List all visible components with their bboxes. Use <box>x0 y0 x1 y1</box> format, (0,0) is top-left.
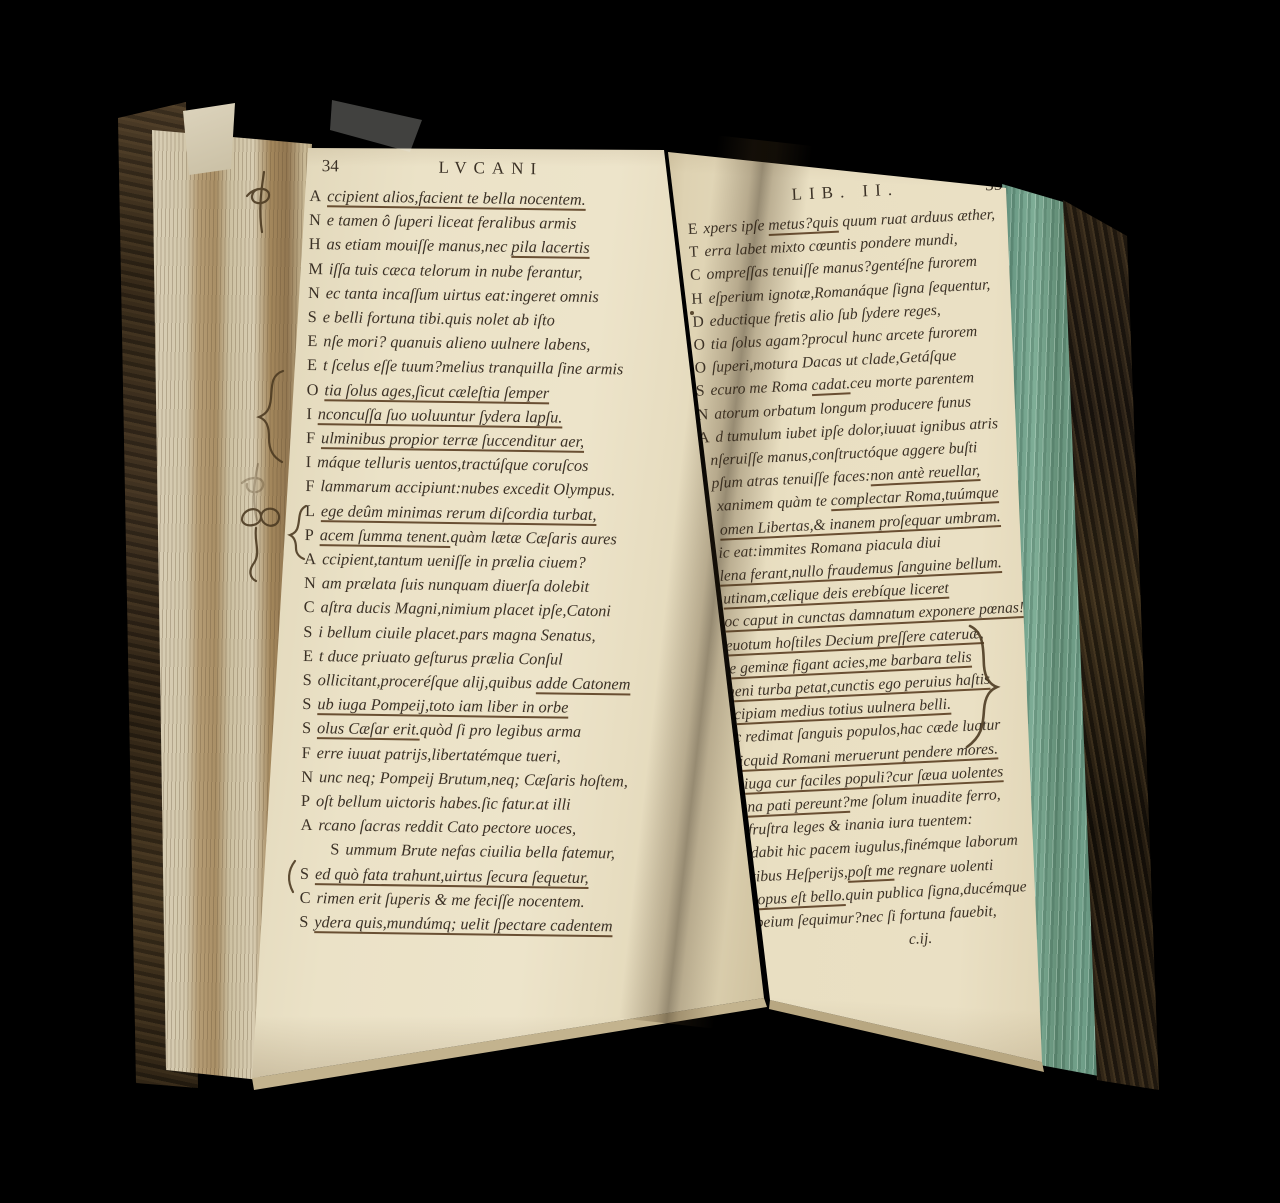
translucent-film-strip <box>330 94 430 154</box>
initial-capital: E <box>688 220 698 237</box>
initial-capital: C <box>690 267 701 284</box>
initial-capital: D <box>692 313 704 331</box>
verse-text: i bellum ciuile placet.pars magna Senatu… <box>318 622 595 645</box>
initial-capital: N <box>301 767 313 786</box>
verse-text: am prælata ſuis nunquam diuerſa dolebit <box>322 573 590 596</box>
verse-text: e tamen ô ſuperi liceat feralibus armis <box>327 210 577 232</box>
verse-text: oſt bellum uictoris habes.ſic fatur.at i… <box>316 791 571 814</box>
left-running-header: LVCANI <box>310 156 672 181</box>
initial-capital: N <box>308 283 320 302</box>
underlined-text: ub iuga Pompeij,toto iam liber in orbe <box>317 694 568 717</box>
underlined-text: metus?quis <box>768 214 839 234</box>
initial-capital: P <box>301 791 310 810</box>
right-page-number: 35 <box>985 175 1003 196</box>
initial-capital: S <box>303 622 312 641</box>
verse-text: nſe mori? quanuis alieno uulnere labens, <box>323 331 590 354</box>
initial-capital: O <box>693 336 705 354</box>
verse-text: quàm lætæ Cæſaris aures <box>450 527 617 548</box>
verse-text: as etiam mouiſſe manus,nec <box>326 235 511 257</box>
verse-text: ummum Brute nefas ciuilia bella fatemur, <box>345 840 615 863</box>
initial-capital: S <box>299 912 308 931</box>
verse-text: unc neq; Pompeij Brutum,neq; Cæſaris hoſ… <box>319 767 628 790</box>
initial-capital: F <box>305 476 314 495</box>
verse-text: e belli fortuna tibi.quis nolet ab iſto <box>323 307 555 329</box>
verse-text: quum ruat arduus æther, <box>838 206 995 231</box>
initial-capital: C <box>300 888 311 907</box>
underlined-text: ege deûm minimas rerum diſcordia turbat, <box>321 501 597 524</box>
initial-capital: A <box>698 429 710 447</box>
left-page-number: 34 <box>322 156 339 176</box>
initial-capital: N <box>697 406 709 424</box>
underlined-text: olus Cæſar erit. <box>317 719 420 739</box>
underlined-text: ccipient alios,facient te bella nocentem… <box>327 186 586 209</box>
photograph-of-open-book: 34 LVCANI Accipient alios,facient te bel… <box>0 0 1280 1203</box>
verse-line: Sydera quis,mundúmq; uelit ſpectare cade… <box>299 910 661 939</box>
initial-capital: S <box>302 694 311 713</box>
initial-capital: P <box>305 525 314 544</box>
initial-capital: E <box>307 355 317 374</box>
underlined-text: adde Catonem <box>536 673 631 693</box>
verse-text: me ſolum inuadite ferro, <box>849 786 1001 810</box>
verse-text: t ſcelus eſſe tuum?melius tranquilla ſin… <box>323 356 624 379</box>
initial-capital: A <box>301 815 313 834</box>
vellum-corner-tab <box>181 103 237 175</box>
underlined-text: pila lacertis <box>511 237 589 257</box>
initial-capital: F <box>306 428 315 447</box>
initial-capital: O <box>694 359 706 377</box>
verse-text: ceu morte parentem <box>850 370 975 393</box>
verse-text: quòd ſi pro legibus arma <box>420 720 582 741</box>
initial-capital: E <box>303 646 313 665</box>
initial-capital: H <box>309 234 321 253</box>
verse-text: ollicitant,proceréſque alij,quibus <box>318 670 537 692</box>
verse-text: xpers ipſe <box>703 217 769 237</box>
initial-capital: M <box>308 259 323 278</box>
initial-capital: S <box>300 864 309 883</box>
initial-capital: T <box>689 244 699 261</box>
initial-capital: C <box>304 597 315 616</box>
verse-text: ec tanta incaſſum uirtus eat:ingeret omn… <box>326 283 599 306</box>
underlined-text: non antè reuellar, <box>870 462 981 484</box>
underlined-text: nconcuſſa ſuo uoluuntur ſydera lapſu. <box>318 404 563 426</box>
initial-capital: I <box>306 404 312 423</box>
verse-text: máque telluris uentos,tractúſque coruſco… <box>317 452 589 475</box>
initial-capital: A <box>304 549 316 568</box>
underlined-text: ed quò fata trahunt,uirtus ſecura ſequet… <box>315 864 589 887</box>
verse-text: iſſa tuis cæca telorum in nube ferantur, <box>329 259 583 282</box>
underlined-text: tia ſolus ages,ſicut cæleſtia ſemper <box>324 380 549 402</box>
initial-capital: L <box>305 501 315 520</box>
initial-capital: H <box>691 290 703 308</box>
left-verse-lines: Accipient alios,facient te bella nocente… <box>299 184 671 939</box>
initial-capital: S <box>302 718 311 737</box>
verse-text: lammarum accipiunt:nubes excedit Olympus… <box>320 477 615 500</box>
verse-text: entibus Heſperijs, <box>736 864 848 886</box>
verse-text: ccipient,tantum ueniſſe in prælia ciuem? <box>322 549 586 572</box>
verse-text: regnare uolenti <box>894 856 994 878</box>
initial-capital: I <box>306 452 312 471</box>
verse-text: xanimem quàm te <box>717 493 832 516</box>
underlined-text: poſt me <box>847 861 894 880</box>
verse-text: erre iuuat patrijs,libertatémque tueri, <box>317 743 561 765</box>
initial-capital: A <box>309 186 321 205</box>
initial-capital: S <box>303 670 312 689</box>
initial-capital: S <box>695 383 705 400</box>
underlined-text: cadat. <box>811 376 850 395</box>
initial-capital: F <box>302 743 311 762</box>
underlined-text: on opus eſt bello. <box>738 887 846 909</box>
verse-text: rcano ſacras reddit Cato pectore uoces, <box>318 815 576 838</box>
underlined-text: ydera quis,mundúmq; uelit ſpectare caden… <box>314 912 613 935</box>
verse-text: rimen erit ſuperis & me feciſſe nocentem… <box>316 888 584 911</box>
underlined-text: egna pati pereunt? <box>732 794 850 817</box>
initial-capital: O <box>307 380 319 399</box>
initial-capital: N <box>304 573 316 592</box>
initial-capital: E <box>307 331 317 350</box>
verse-text: t duce priuato geſturus prælia Conſul <box>319 646 563 668</box>
initial-capital: S <box>330 840 339 859</box>
left-page-header: 34 LVCANI <box>310 156 672 183</box>
initial-capital: S <box>308 307 317 326</box>
underlined-text: acem ſumma tenent. <box>320 525 451 546</box>
verse-text: aſtra ducis Magni,nimium placet ipſe,Cat… <box>320 598 611 621</box>
verse-text: ecuro me Roma <box>710 378 812 400</box>
underlined-text: ulminibus propior terræ ſuccenditur aer, <box>321 428 584 451</box>
initial-capital: N <box>309 210 321 229</box>
